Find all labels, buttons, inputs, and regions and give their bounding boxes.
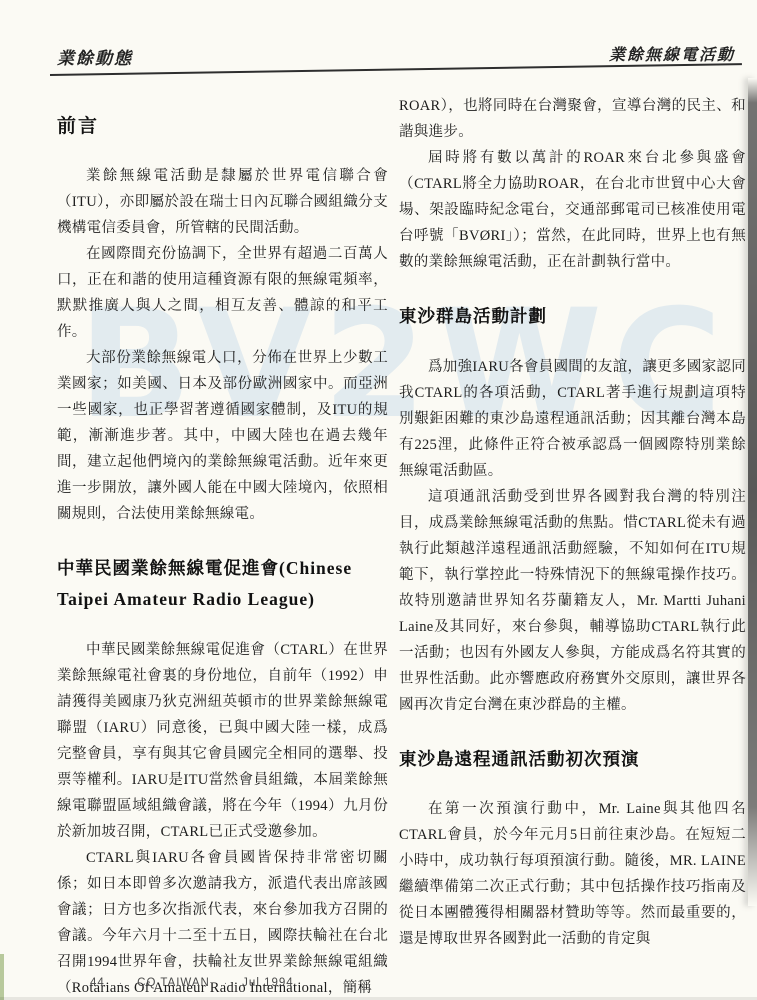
body-paragraph: ROAR），也將同時在台灣聚會，宣導台灣的民主、和諧與進步。	[399, 93, 746, 145]
footer-publication: CQ TAIWAN	[137, 977, 210, 989]
header-rule	[50, 63, 742, 76]
section-heading: 東沙群島活動計劃	[399, 301, 746, 332]
body-paragraph: 在第一次預演行動中，Mr. Laine與其他四名CTARL會員，於今年元月5日前…	[399, 796, 746, 952]
section-heading: 東沙島遠程通訊活動初次預演	[399, 744, 746, 775]
magazine-page: 業餘動態 業餘無線電活動 BV2WC 前言業餘無線電活動是隸屬於世界電信聯合會（…	[0, 0, 757, 1000]
body-paragraph: 業餘無線電活動是隸屬於世界電信聯合會（ITU），亦即屬於設在瑞士日內瓦聯合國組織…	[57, 163, 388, 241]
body-paragraph: 中華民國業餘無線電促進會（CTARL）在世界業餘無線電社會裏的身份地位，自前年（…	[57, 637, 388, 845]
header-right-title: 業餘無線電活動	[609, 42, 735, 65]
body-paragraph: 屆時將有數以萬計的ROAR來台北參與盛會（CTARL將全力協助ROAR，在台北市…	[399, 145, 746, 275]
page-footer: 44 · CQ TAIWAN · Jul 1994	[90, 977, 294, 989]
header-left-title: 業餘動態	[57, 44, 133, 69]
column-left: 前言業餘無線電活動是隸屬於世界電信聯合會（ITU），亦即屬於設在瑞士日內瓦聯合國…	[57, 110, 388, 1000]
footer-separator: ·	[224, 978, 228, 989]
body-paragraph: 爲加強IARU各會員國間的友誼，讓更多國家認同我CTARL的各項活動，CTARL…	[399, 354, 746, 484]
section-heading: 前言	[57, 110, 388, 143]
scan-edge-left	[0, 954, 4, 1000]
scan-shadow-right	[748, 78, 757, 906]
section-heading: 中華民國業餘無線電促進會(Chinese Taipei Amateur Radi…	[57, 553, 388, 614]
body-paragraph: 這項通訊活動受到世界各國對我台灣的特別注目，成爲業餘無線電活動的焦點。惜CTAR…	[399, 484, 746, 718]
column-right: ROAR），也將同時在台灣聚會，宣導台灣的民主、和諧與進步。屆時將有數以萬計的R…	[399, 93, 746, 952]
body-paragraph: 大部份業餘無線電人口，分佈在世界上少數工業國家；如美國、日本及部份歐洲國家中。而…	[57, 345, 388, 527]
footer-issue: Jul 1994	[242, 977, 293, 989]
footer-page-number: 44	[90, 977, 105, 989]
body-paragraph: 在國際間充份協調下，全世界有超過二百萬人口，正在和諧的使用這種資源有限的無線電頻…	[57, 241, 388, 345]
footer-separator: ·	[119, 978, 123, 989]
